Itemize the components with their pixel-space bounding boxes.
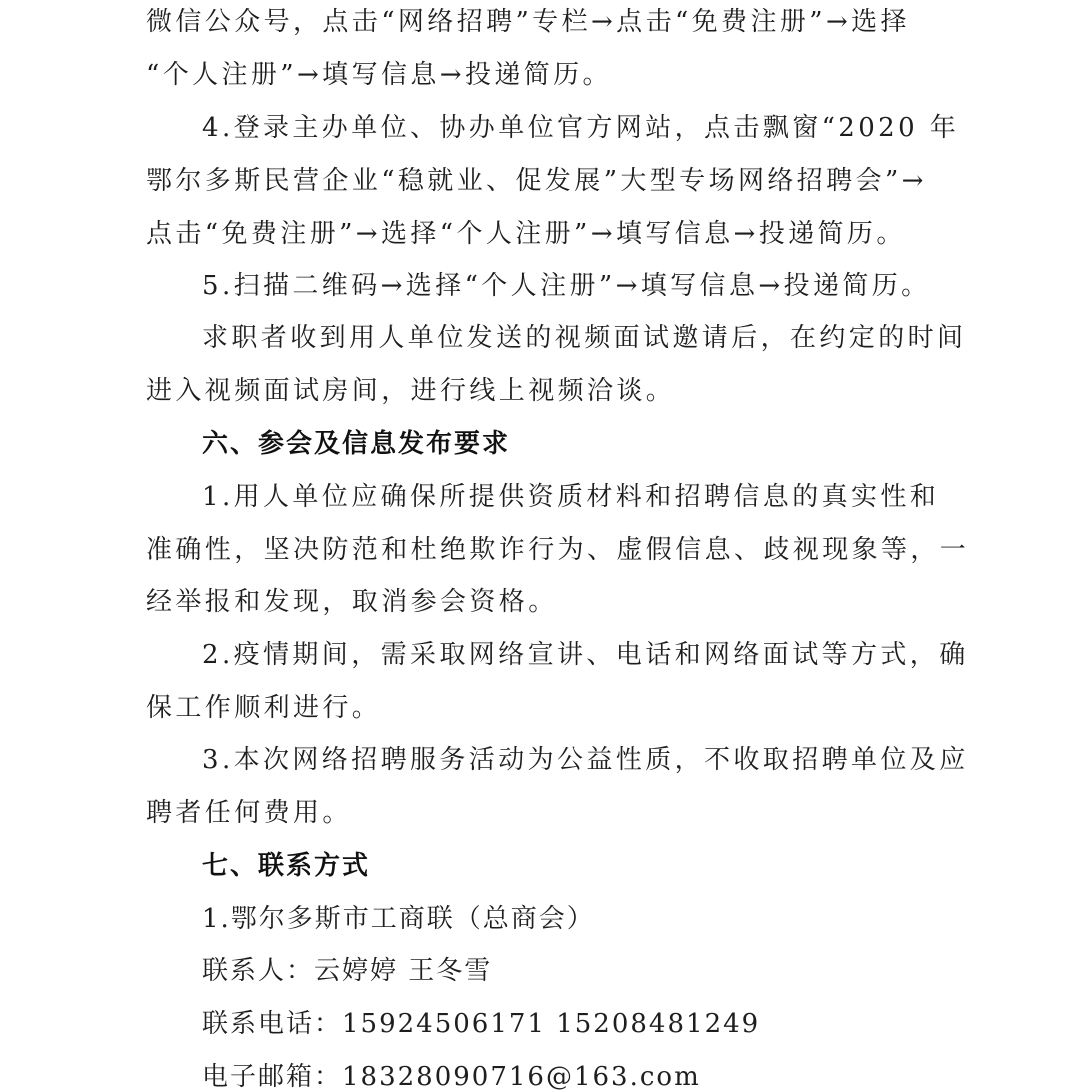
step-4-line: 4.登录主办单位、协办单位官方网站，点击飘窗“2020 年 [202, 108, 1002, 148]
step-4-line-cont-2: 点击“免费注册”→选择“个人注册”→填写信息→投递简历。 [146, 214, 946, 254]
step-4-line-cont-1: 鄂尔多斯民营企业“稳就业、促发展”大型专场网络招聘会”→ [146, 161, 946, 201]
paragraph-line-wechat-steps-cont: “个人注册”→填写信息→投递简历。 [146, 55, 946, 95]
interview-paragraph-line-cont: 进入视频面试房间，进行线上视频洽谈。 [146, 371, 946, 411]
interview-paragraph-line: 求职者收到用人单位发送的视频面试邀请后，在约定的时间 [202, 318, 1002, 358]
requirement-2-line-cont: 保工作顺利进行。 [146, 688, 946, 728]
section-seven-heading: 七、联系方式 [202, 846, 1002, 886]
requirement-1-line: 1.用人单位应确保所提供资质材料和招聘信息的真实性和 [202, 477, 1002, 517]
section-six-heading: 六、参会及信息发布要求 [202, 424, 1002, 464]
requirement-2-line: 2.疫情期间，需采取网络宣讲、电话和网络面试等方式，确 [202, 635, 1002, 675]
contact-persons: 联系人：云婷婷 王冬雪 [202, 951, 1002, 991]
document-page: 微信公众号，点击“网络招聘”专栏→点击“免费注册”→选择 “个人注册”→填写信息… [0, 0, 1080, 1091]
contact-email[interactable]: 电子邮箱：18328090716@163.com [202, 1057, 1002, 1091]
contact-organization: 1.鄂尔多斯市工商联（总商会） [202, 899, 1002, 939]
requirement-3-line-cont: 聘者任何费用。 [146, 793, 946, 833]
contact-phone: 联系电话：15924506171 15208481249 [202, 1004, 1002, 1044]
paragraph-line-wechat-steps: 微信公众号，点击“网络招聘”专栏→点击“免费注册”→选择 [146, 2, 946, 42]
requirement-1-line-cont-2: 经举报和发现，取消参会资格。 [146, 582, 946, 622]
requirement-3-line: 3.本次网络招聘服务活动为公益性质，不收取招聘单位及应 [202, 740, 1002, 780]
step-5-line: 5.扫描二维码→选择“个人注册”→填写信息→投递简历。 [202, 266, 1002, 306]
requirement-1-line-cont-1: 准确性，坚决防范和杜绝欺诈行为、虚假信息、歧视现象等，一 [146, 530, 946, 570]
